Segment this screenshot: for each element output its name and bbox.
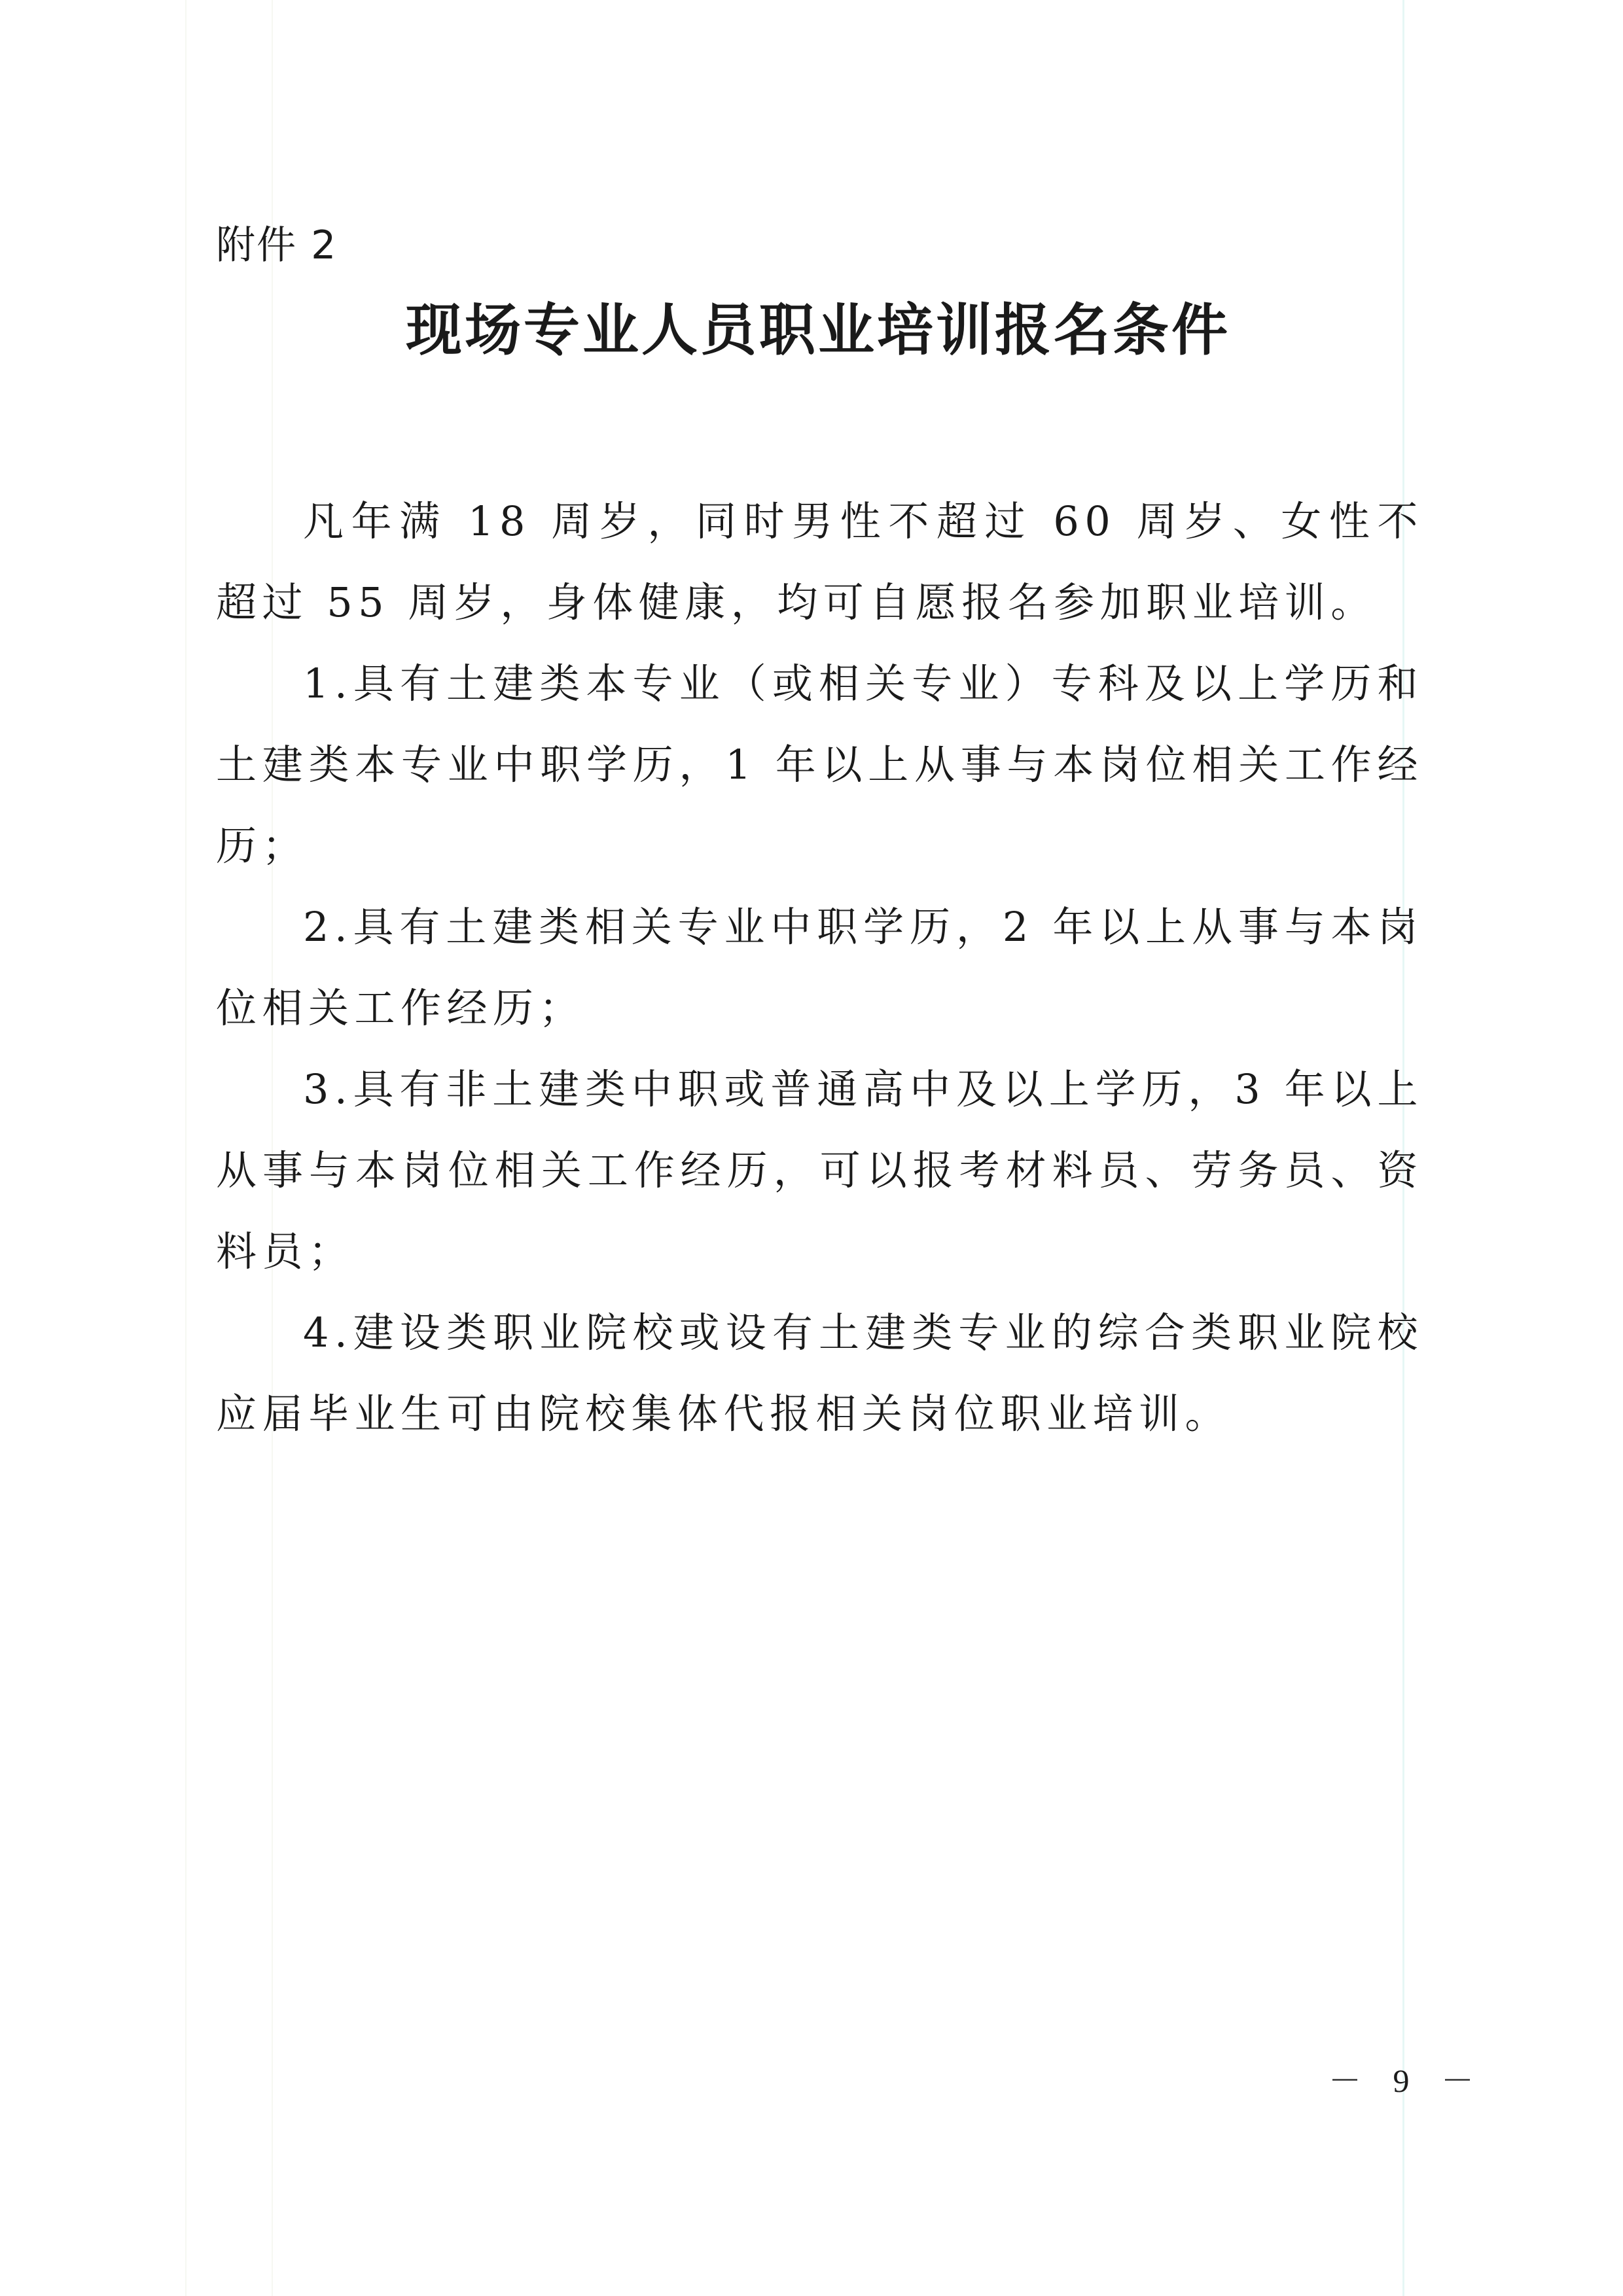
condition-item-3: 3.具有非土建类中职或普通高中及以上学历，3 年以上从事与本岗位相关工作经历，可… [216, 1049, 1423, 1292]
page-title: 现场专业人员职业培训报名条件 [0, 294, 1623, 366]
condition-item-4: 4.建设类职业院校或设有土建类专业的综合类职业院校应届毕业生可由院校集体代报相关… [216, 1292, 1423, 1455]
page-number: － 9 － [1329, 2061, 1486, 2100]
condition-item-1: 1.具有土建类本专业（或相关专业）专科及以上学历和土建类本专业中职学历，1 年以… [216, 643, 1423, 887]
document-body: 凡年满 18 周岁，同时男性不超过 60 周岁、女性不超过 55 周岁，身体健康… [216, 481, 1423, 1455]
condition-item-2: 2.具有土建类相关专业中职学历，2 年以上从事与本岗位相关工作经历； [216, 887, 1423, 1049]
attachment-label: 附件 2 [216, 219, 337, 272]
intro-paragraph: 凡年满 18 周岁，同时男性不超过 60 周岁、女性不超过 55 周岁，身体健康… [216, 481, 1423, 643]
